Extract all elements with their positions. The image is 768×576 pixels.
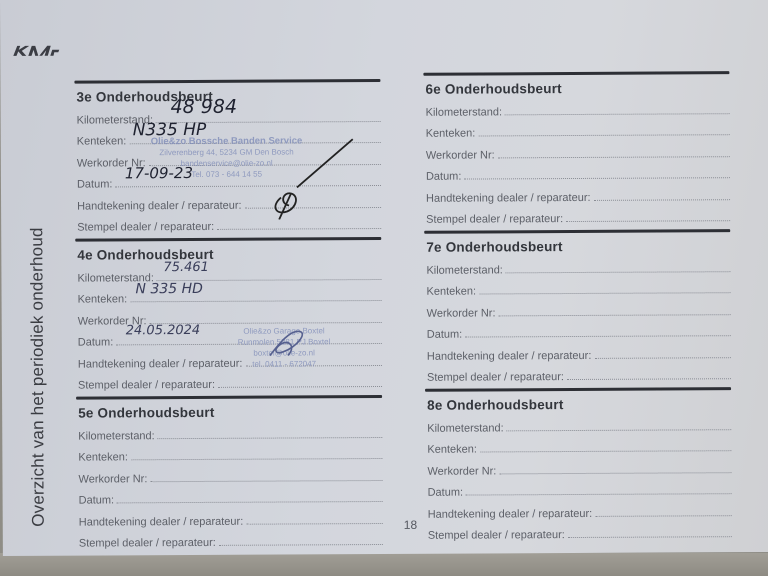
right-column: 6e Onderhoudsbeurt Kilometerstand: Kente… — [423, 71, 731, 542]
field-handtekening[interactable]: Handtekening dealer / reparateur: — [424, 181, 730, 204]
field-kenteken[interactable]: Kenteken: — [424, 117, 730, 140]
field-kenteken[interactable]: Kenteken: — [425, 433, 731, 456]
field-stempel[interactable]: Stempel dealer / reparateur: — [425, 361, 731, 384]
field-stempel[interactable]: Stempel dealer / reparateur: — [424, 203, 730, 226]
field-handtekening[interactable]: Handtekening dealer / reparateur: — [425, 339, 731, 362]
field-datum[interactable]: Datum: — [425, 318, 731, 341]
field-datum[interactable]: Datum: — [77, 484, 383, 507]
handwritten-kilometerstand: 75.461 — [163, 260, 209, 275]
field-handtekening[interactable]: Handtekening dealer / reparateur: — [77, 505, 383, 528]
service-section-4: 4e Onderhoudsbeurt Kilometerstand: Kente… — [75, 237, 382, 392]
service-section-8: 8e Onderhoudsbeurt Kilometerstand: Kente… — [425, 387, 732, 542]
kia-logo-icon — [12, 44, 60, 58]
field-kenteken[interactable]: Kenteken: — [76, 441, 382, 464]
table-surface — [0, 553, 768, 576]
field-stempel[interactable]: Stempel dealer / reparateur: — [77, 527, 383, 550]
field-kilometerstand[interactable]: Kilometerstand: — [75, 261, 381, 284]
handwritten-datum: 24.05.2024 — [126, 323, 201, 338]
service-section-7: 7e Onderhoudsbeurt Kilometerstand: Kente… — [424, 229, 731, 384]
field-stempel[interactable]: Stempel dealer / reparateur: — [76, 369, 382, 392]
field-werkorder[interactable]: Werkorder Nr: — [425, 454, 731, 477]
field-handtekening[interactable]: Handtekening dealer / reparateur: — [426, 497, 732, 520]
field-kilometerstand[interactable]: Kilometerstand: — [425, 411, 731, 434]
field-werkorder[interactable]: Werkorder Nr: — [76, 304, 382, 327]
field-kenteken[interactable]: Kenteken: — [75, 283, 381, 306]
field-kilometerstand[interactable]: Kilometerstand: — [424, 95, 730, 118]
service-section-6: 6e Onderhoudsbeurt Kilometerstand: Kente… — [423, 71, 730, 226]
signature-icon — [266, 325, 312, 361]
field-datum[interactable]: Datum: — [426, 476, 732, 499]
field-werkorder[interactable]: Werkorder Nr: — [76, 462, 382, 485]
page-number: 18 — [404, 518, 417, 532]
field-handtekening[interactable]: Handtekening dealer / reparateur: — [76, 347, 382, 370]
left-column: 3e Onderhoudsbeurt Kilometerstand: Kente… — [74, 79, 382, 550]
service-section-3: 3e Onderhoudsbeurt Kilometerstand: Kente… — [74, 79, 381, 234]
side-title: Overzicht van het periodiek onderhoud — [27, 227, 49, 527]
booklet-page: Overzicht van het periodiek onderhoud 3e… — [0, 0, 768, 556]
signature-icon — [257, 135, 357, 220]
service-section-5: 5e Onderhoudsbeurt Kilometerstand: Kente… — [76, 395, 383, 550]
field-stempel[interactable]: Stempel dealer / reparateur: — [426, 519, 732, 542]
field-kenteken[interactable]: Kenteken: — [424, 275, 730, 298]
field-kilometerstand[interactable]: Kilometerstand: — [76, 419, 382, 442]
handwritten-kenteken: N 335 HD — [135, 281, 202, 297]
field-kilometerstand[interactable]: Kilometerstand: — [424, 253, 730, 276]
handwritten-kilometerstand: 48 984 — [171, 96, 238, 118]
field-werkorder[interactable]: Werkorder Nr: — [424, 138, 730, 161]
section-rule — [74, 79, 380, 84]
field-datum[interactable]: Datum: — [76, 326, 382, 349]
field-datum[interactable]: Datum: — [424, 160, 730, 183]
field-werkorder[interactable]: Werkorder Nr: — [425, 296, 731, 319]
